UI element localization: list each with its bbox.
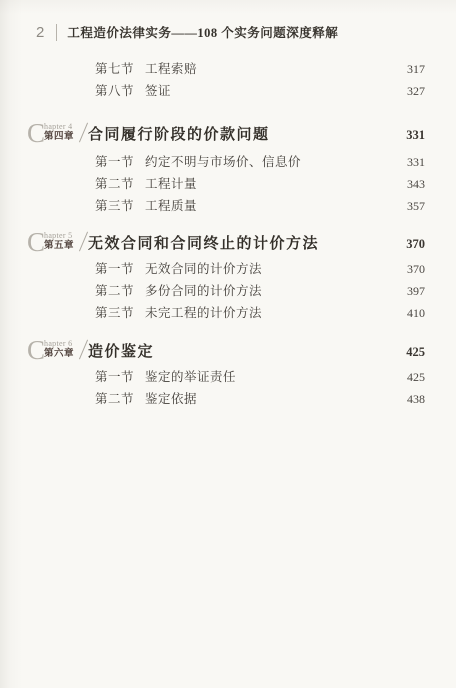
section-title: 工程计量 <box>145 177 407 191</box>
section-title: 多份合同的计价方法 <box>145 284 407 298</box>
section-title: 鉴定的举证责任 <box>145 370 407 384</box>
leading-section-list: 第七节 工程索赔 317 第八节 签证 327 <box>0 62 456 98</box>
toc-section-row: 第七节 工程索赔 317 <box>95 62 425 76</box>
chapter-page-number: 331 <box>406 126 425 144</box>
chapter-english-label: hapter 5 <box>44 231 74 240</box>
toc-section-row: 第一节 无效合同的计价方法 370 <box>95 262 425 276</box>
chapter-list: C hapter 4 第四章 合同履行阶段的价款问题 331 第一节 约定不明与… <box>0 126 456 406</box>
section-page-number: 331 <box>407 155 425 169</box>
section-label: 第三节 <box>95 199 134 213</box>
chapter-block: C hapter 4 第四章 合同履行阶段的价款问题 331 第一节 约定不明与… <box>0 126 456 213</box>
section-label: 第二节 <box>95 392 134 406</box>
chapter-title: 造价鉴定 <box>88 343 406 361</box>
section-page-number: 438 <box>407 392 425 406</box>
section-page-number: 410 <box>407 306 425 320</box>
section-label: 第七节 <box>95 62 134 76</box>
toc-section-row: 第二节 鉴定依据 438 <box>95 392 425 406</box>
toc-section-row: 第一节 鉴定的举证责任 425 <box>95 370 425 384</box>
chapter-section-list: 第一节 无效合同的计价方法 370 第二节 多份合同的计价方法 397 第三节 … <box>0 262 456 320</box>
chapter-chinese-label: 第五章 <box>44 241 74 252</box>
slash-divider-icon <box>79 232 88 252</box>
chapter-marker-stack: hapter 6 第六章 <box>44 338 74 360</box>
section-page-number: 357 <box>407 199 425 213</box>
section-page-number: 370 <box>407 262 425 276</box>
chapter-marker: C hapter 6 第六章 <box>27 338 84 362</box>
toc-section-row: 第一节 约定不明与市场价、信息价 331 <box>95 155 425 169</box>
section-page-number: 343 <box>407 177 425 191</box>
section-page-number: 425 <box>407 370 425 384</box>
chapter-chinese-label: 第四章 <box>44 132 74 143</box>
chapter-initial-letter: C <box>27 230 45 254</box>
section-label: 第二节 <box>95 284 134 298</box>
chapter-page-number: 425 <box>406 343 425 361</box>
toc-section-row: 第三节 未完工程的计价方法 410 <box>95 306 425 320</box>
toc-section-row: 第三节 工程质量 357 <box>95 199 425 213</box>
chapter-english-label: hapter 4 <box>44 122 74 131</box>
chapter-chinese-label: 第六章 <box>44 349 74 360</box>
chapter-title: 合同履行阶段的价款问题 <box>88 126 406 144</box>
section-label: 第一节 <box>95 370 134 384</box>
section-title: 未完工程的计价方法 <box>145 306 407 320</box>
chapter-marker-stack: hapter 4 第四章 <box>44 121 74 143</box>
chapter-heading-row: C hapter 6 第六章 造价鉴定 425 <box>88 343 425 361</box>
chapter-heading-row: C hapter 5 第五章 无效合同和合同终止的计价方法 370 <box>88 235 425 253</box>
section-label: 第一节 <box>95 155 134 169</box>
chapter-marker: C hapter 4 第四章 <box>27 121 84 145</box>
slash-divider-icon <box>79 340 88 360</box>
section-title: 约定不明与市场价、信息价 <box>145 155 407 169</box>
toc-section-row: 第八节 签证 327 <box>95 84 425 98</box>
chapter-initial-letter: C <box>27 338 45 362</box>
chapter-block: C hapter 6 第六章 造价鉴定 425 第一节 鉴定的举证责任 425 … <box>0 343 456 406</box>
section-label: 第三节 <box>95 306 134 320</box>
page-number: 2 <box>36 25 44 41</box>
slash-divider-icon <box>79 123 88 143</box>
section-title: 签证 <box>145 84 407 98</box>
book-toc-page: 2 工程造价法律实务——108 个实务问题深度释解 第七节 工程索赔 317 第… <box>0 0 456 688</box>
section-label: 第一节 <box>95 262 134 276</box>
section-title: 工程索赔 <box>145 62 407 76</box>
chapter-block: C hapter 5 第五章 无效合同和合同终止的计价方法 370 第一节 无效… <box>0 235 456 320</box>
section-page-number: 397 <box>407 284 425 298</box>
chapter-heading-row: C hapter 4 第四章 合同履行阶段的价款问题 331 <box>88 126 425 144</box>
chapter-page-number: 370 <box>406 235 425 253</box>
toc-section-row: 第二节 工程计量 343 <box>95 177 425 191</box>
section-page-number: 327 <box>407 84 425 98</box>
section-title: 工程质量 <box>145 199 407 213</box>
chapter-title: 无效合同和合同终止的计价方法 <box>88 235 406 253</box>
chapter-english-label: hapter 6 <box>44 339 74 348</box>
table-of-contents: 第七节 工程索赔 317 第八节 签证 327 C hapter 4 第四章 合… <box>0 56 456 414</box>
chapter-marker-stack: hapter 5 第五章 <box>44 230 74 252</box>
chapter-marker: C hapter 5 第五章 <box>27 230 84 254</box>
section-page-number: 317 <box>407 62 425 76</box>
section-label: 第八节 <box>95 84 134 98</box>
running-header: 2 工程造价法律实务——108 个实务问题深度释解 <box>36 24 425 41</box>
section-title: 鉴定依据 <box>145 392 407 406</box>
book-title: 工程造价法律实务——108 个实务问题深度释解 <box>67 25 338 41</box>
chapter-section-list: 第一节 鉴定的举证责任 425 第二节 鉴定依据 438 <box>0 370 456 406</box>
header-divider <box>56 24 57 41</box>
section-title: 无效合同的计价方法 <box>145 262 407 276</box>
chapter-initial-letter: C <box>27 121 45 145</box>
toc-section-row: 第二节 多份合同的计价方法 397 <box>95 284 425 298</box>
chapter-section-list: 第一节 约定不明与市场价、信息价 331 第二节 工程计量 343 第三节 工程… <box>0 155 456 213</box>
section-label: 第二节 <box>95 177 134 191</box>
